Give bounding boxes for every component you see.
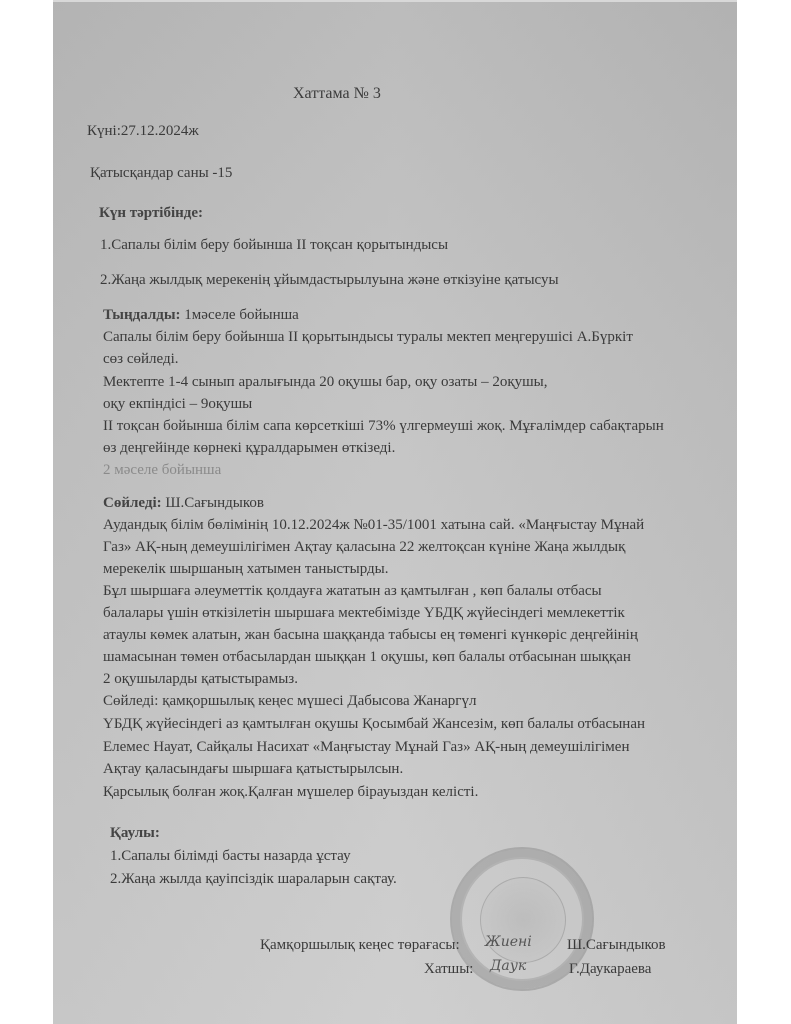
issue2-line: 2 оқушыларды қатыстырамыз. bbox=[103, 670, 298, 688]
stamp-emblem-icon bbox=[480, 877, 566, 963]
secretary-signature: Даук bbox=[490, 958, 526, 974]
issue2-line: Ақтау қаласындағы шыршаға қатыстырылсын. bbox=[103, 760, 403, 778]
spoke-name: Ш.Сағындыков bbox=[162, 495, 264, 511]
issue2-line: Сөйледі: қамқоршылық кеңес мүшесі Дабысо… bbox=[103, 692, 476, 710]
chair-name: Ш.Сағындыков bbox=[567, 936, 666, 954]
issue2-line: Елемес Науат, Сайқалы Насихат «Маңғыстау… bbox=[103, 738, 629, 756]
issue2-line: шамасынан төмен отбасылардан шыққан 1 оқ… bbox=[103, 648, 631, 666]
secretary-name: Г.Даукараева bbox=[569, 960, 651, 978]
issue1-line: Мектепте 1-4 сынып аралығында 20 оқушы б… bbox=[103, 373, 548, 391]
issue1-line: Сапалы білім беру бойынша ІІ қорытындысы… bbox=[103, 328, 633, 346]
issue2-line: атаулы көмек алатын, жан басына шаққанда… bbox=[103, 626, 638, 644]
issue2-line: балалары үшін өткізілетін шыршаға мектеб… bbox=[103, 604, 625, 622]
resolution-heading: Қаулы: bbox=[110, 824, 160, 842]
issue1-line: өз деңгейінде көрнекі құралдарымен өткіз… bbox=[103, 439, 395, 457]
resolution-item-2: 2.Жаңа жылда қауіпсіздік шараларын сақта… bbox=[110, 870, 397, 888]
issue2-line: Газ» АҚ-ның демеушілігімен Ақтау қаласын… bbox=[103, 538, 625, 556]
issue2-heading: 2 мәселе бойынша bbox=[103, 461, 221, 479]
attendee-count: Қатысқандар саны -15 bbox=[90, 164, 232, 182]
issue1-line: сөз сөйледі. bbox=[103, 350, 179, 368]
chair-signature: Жиені bbox=[485, 934, 532, 950]
agenda-item-2: 2.Жаңа жылдық мерекенің ұйымдастырылуына… bbox=[100, 271, 559, 289]
secretary-label: Хатшы: bbox=[424, 960, 473, 978]
issue2-line: Бұл шыршаға әлеуметтік қолдауға жататын … bbox=[103, 582, 602, 600]
document-page: Хаттама № 3 Күні:27.12.2024ж Қатысқандар… bbox=[53, 0, 737, 1024]
spoke-section-header: Сөйледі: Ш.Сағындыков bbox=[103, 494, 264, 512]
agenda-item-1: 1.Сапалы білім беру бойынша ІІ тоқсан қо… bbox=[100, 236, 448, 254]
issue2-line: ҮБДҚ жүйесіндегі аз қамтылған оқушы Қосы… bbox=[103, 715, 645, 733]
document-title: Хаттама № 3 bbox=[293, 85, 381, 103]
chair-label: Қамқоршылық кеңес төрағасы: bbox=[260, 936, 460, 954]
spoke-label: Сөйледі: bbox=[103, 495, 162, 511]
issue2-line: Аудандық білім бөлімінің 10.12.2024ж №01… bbox=[103, 516, 644, 534]
issue1-line: ІІ тоқсан бойынша білім сапа көрсеткіші … bbox=[103, 417, 664, 435]
meeting-date: Күні:27.12.2024ж bbox=[87, 122, 199, 140]
issue1-line: оқу екпіндісі – 9оқушы bbox=[103, 395, 252, 413]
issue2-line: Қарсылық болған жоқ.Қалған мүшелер бірау… bbox=[103, 783, 478, 801]
heard-topic: 1мәселе бойынша bbox=[181, 307, 299, 323]
heard-label: Тыңдалды: bbox=[103, 307, 181, 323]
issue2-line: мерекелік шыршаның хатымен таныстырды. bbox=[103, 560, 388, 578]
agenda-heading: Күн тәртібінде: bbox=[99, 204, 203, 222]
resolution-item-1: 1.Сапалы білімді басты назарда ұстау bbox=[110, 847, 351, 865]
heard-section-header: Тыңдалды: 1мәселе бойынша bbox=[103, 306, 299, 324]
